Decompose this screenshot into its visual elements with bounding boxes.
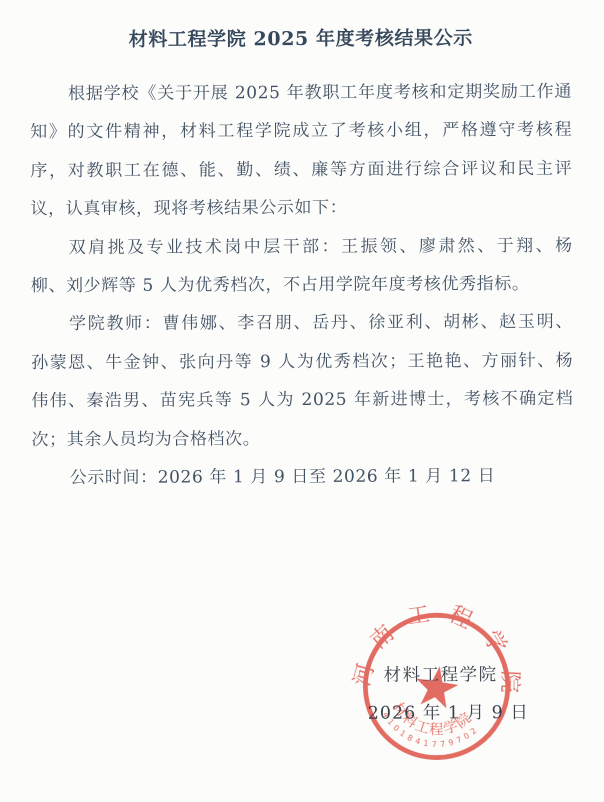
body-line: 根据学校《关于开展 2025 年教职工年度考核和定期奖励工作通 <box>30 73 572 114</box>
body-line: 知》的文件精神，材料工程学院成立了考核小组，严格遵守考核程 <box>30 111 572 152</box>
document-content: 材料工程学院 2025 年度考核结果公示 根据学校《关于开展 2025 年教职工… <box>0 0 604 802</box>
publicity-period-line: 公示时间：2026 年 1 月 9 日至 2026 年 1 月 12 日 <box>32 457 574 498</box>
body-line: 柳、刘少辉等 5 人为优秀档次，不占用学院年度考核优秀指标。 <box>31 265 573 306</box>
signature-department: 材料工程学院 <box>383 661 497 686</box>
body-line: 序，对教职工在德、能、勤、绩、廉等方面进行综合评议和民主评 <box>30 150 572 191</box>
body-line: 双肩挑及专业技术岗中层干部：王振领、廖肃然、于翔、杨 <box>31 226 573 267</box>
body-line: 孙蒙恩、牛金钟、张向丹等 9 人为优秀档次；王艳艳、方丽针、杨 <box>31 342 573 383</box>
body-line: 学院教师：曹伟娜、李召朋、岳丹、徐亚利、胡彬、赵玉明、 <box>31 303 573 344</box>
page-title: 材料工程学院 2025 年度考核结果公示 <box>0 23 603 53</box>
body-line: 伟伟、秦浩男、苗宪兵等 5 人为 2025 年新进博士，考核不确定档 <box>31 380 573 421</box>
body-line: 次；其余人员均为合格档次。 <box>31 418 573 459</box>
body-line: 议，认真审核，现将考核结果公示如下： <box>30 188 572 229</box>
document-page: 材料工程学院 2025 年度考核结果公示 根据学校《关于开展 2025 年教职工… <box>0 0 604 802</box>
body-text: 根据学校《关于开展 2025 年教职工年度考核和定期奖励工作通 知》的文件精神，… <box>30 73 574 498</box>
signature-date: 2026 年 1 月 9 日 <box>368 699 529 725</box>
